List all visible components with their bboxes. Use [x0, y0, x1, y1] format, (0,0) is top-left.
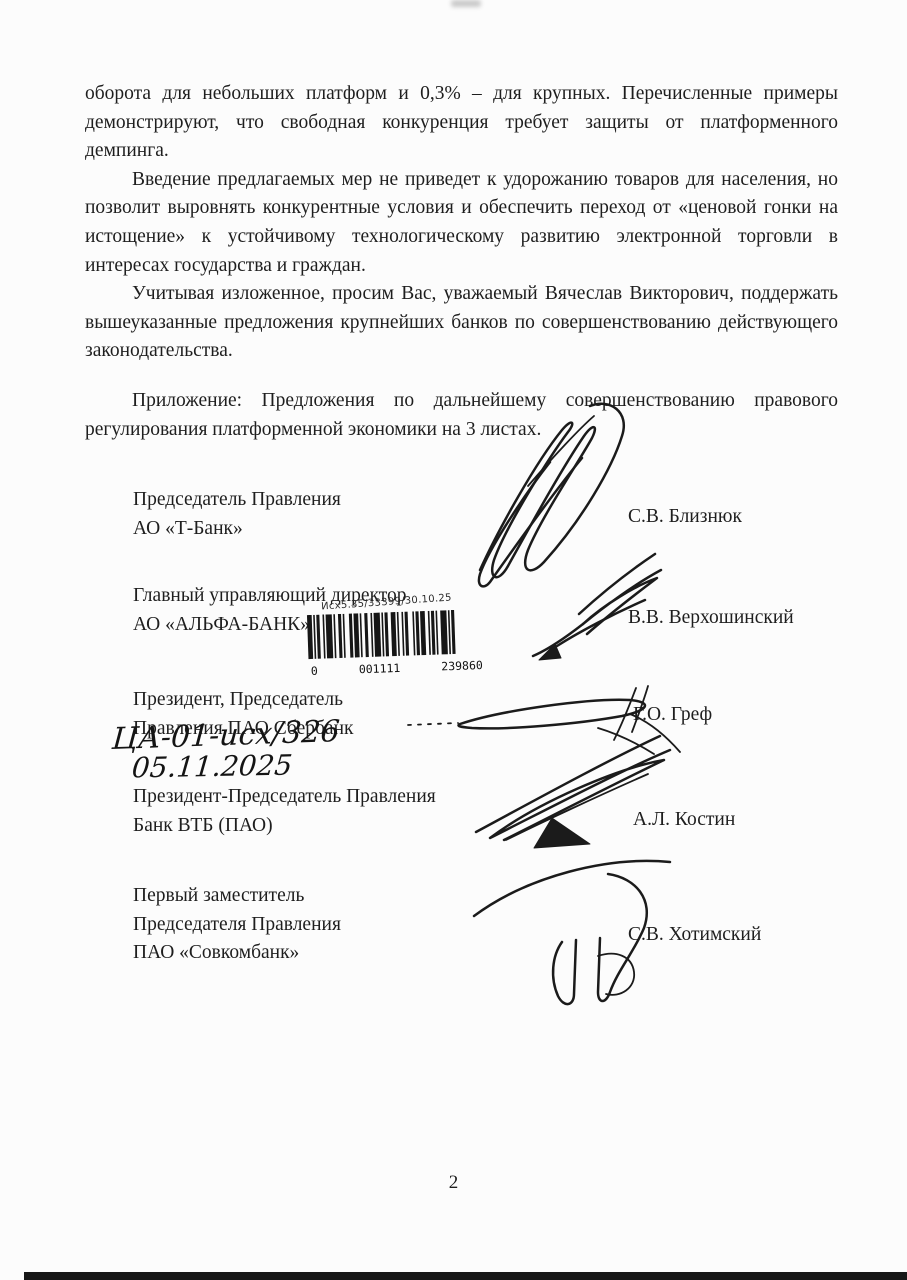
title-line: Председатель Правления: [133, 486, 341, 515]
title-line: Первый заместитель: [133, 882, 341, 911]
barcode-bars: [305, 609, 487, 663]
barcode-digit-group: 239860: [441, 658, 483, 673]
paragraph-request: Учитывая изложенное, просим Вас, уважаем…: [85, 280, 838, 366]
scan-artifact: [451, 0, 481, 7]
title-line: Президент-Председатель Правления: [133, 783, 436, 812]
signature-kostin: [448, 726, 678, 852]
title-line: Председателя Правления: [133, 911, 341, 940]
barcode-digit-group: 001111: [359, 661, 401, 676]
scanned-letter-page: оборота для небольших платформ и 0,3% – …: [0, 0, 907, 1280]
title-line: Президент, Председатель: [133, 686, 354, 715]
title-line: АО «Т-Банк»: [133, 515, 341, 544]
signature-khotimsky: [468, 852, 678, 1022]
signatory-title-tbank: Председатель Правления АО «Т-Банк»: [133, 486, 341, 543]
barcode-digit-group: 0: [311, 664, 318, 678]
paragraph-measures: Введение предлагаемых мер не приведет к …: [85, 166, 838, 280]
registration-barcode: 0 001111 239860: [305, 609, 487, 678]
letter-body: оборота для небольших платформ и 0,3% – …: [85, 80, 838, 444]
page-number: 2: [0, 1172, 907, 1194]
signatory-title-vtb: Президент-Председатель Правления Банк ВТ…: [133, 783, 436, 840]
signature-verkhoshinsky: [495, 548, 665, 666]
sber-handwritten-date: 05.11.2025: [131, 749, 294, 785]
signatory-title-sovcombank: Первый заместитель Председателя Правлени…: [133, 882, 341, 968]
scan-edge-bar: [24, 1272, 907, 1280]
title-line: Банк ВТБ (ПАО): [133, 812, 436, 841]
title-line: ПАО «Совкомбанк»: [133, 939, 341, 968]
paragraph-platform-dumping: оборота для небольших платформ и 0,3% – …: [85, 80, 838, 166]
